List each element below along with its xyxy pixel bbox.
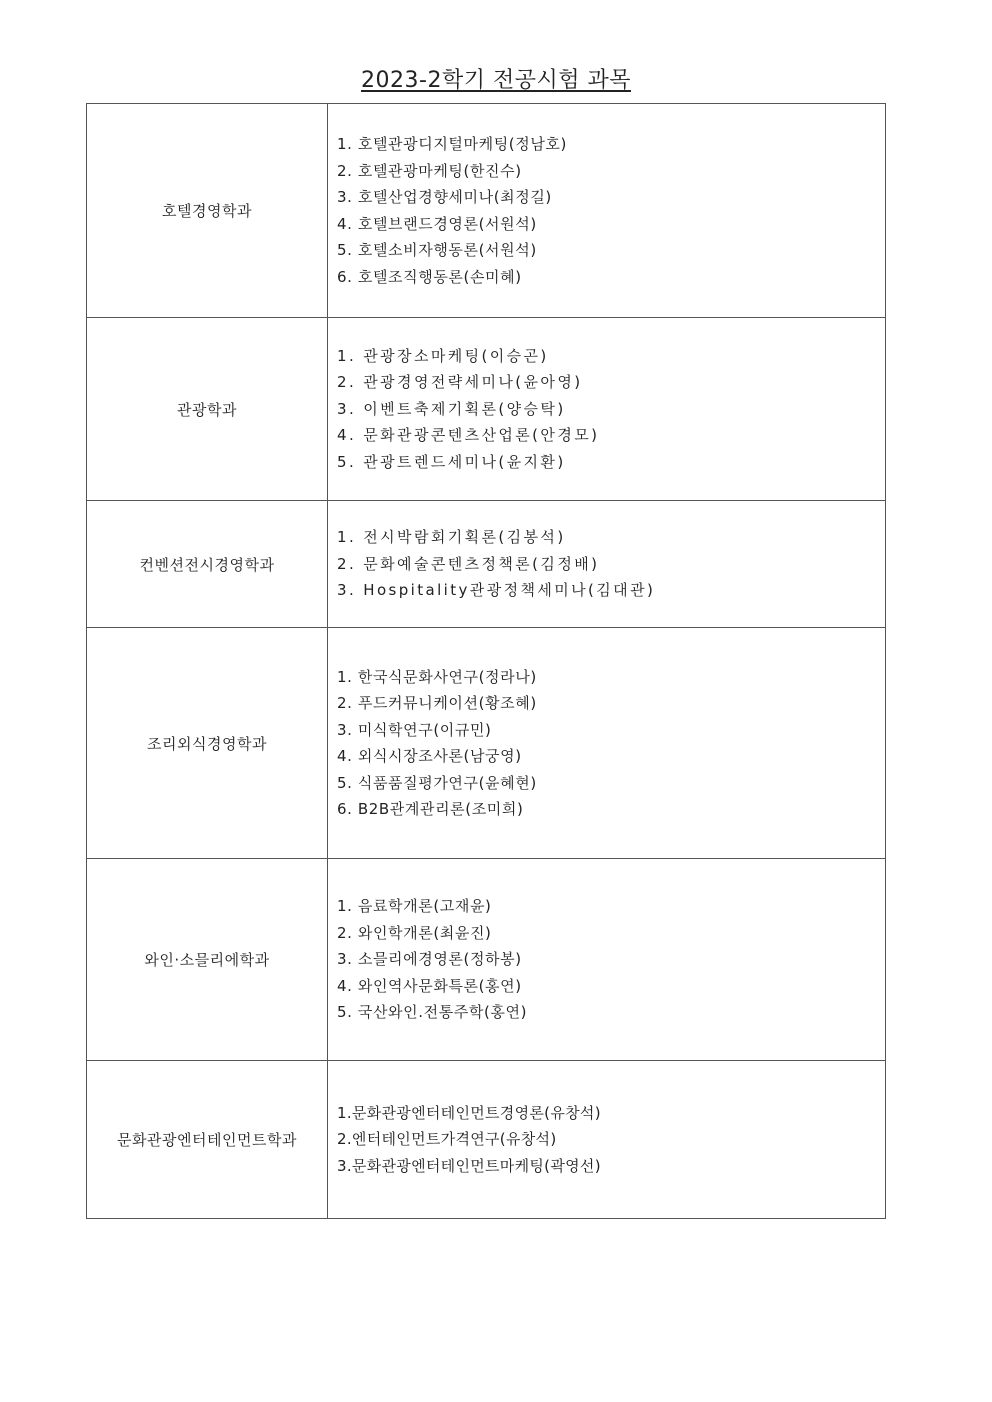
course-item: 4. 호텔브랜드경영론(서원석) [337,211,885,238]
course-item: 4. 문화관광콘텐츠산업론(안경모) [337,422,885,449]
department-cell: 와인·소믈리에학과 [87,859,328,1061]
course-item: 2. 관광경영전략세미나(윤아영) [337,369,885,396]
department-name: 관광학과 [177,401,237,419]
course-item: 6. B2B관계관리론(조미희) [337,796,885,823]
course-item: 4. 와인역사문화특론(홍연) [337,973,885,1000]
course-item: 3. 미식학연구(이규민) [337,717,885,744]
course-item: 3. 소믈리에경영론(정하봉) [337,946,885,973]
department-name: 호텔경영학과 [162,202,252,220]
course-item: 3.문화관광엔터테인먼트마케팅(곽영선) [337,1153,885,1180]
table-row-convention-exhibition: 컨벤션전시경영학과 1. 전시박람회기획론(김봉석) 2. 문화예술콘텐츠정책론… [87,501,886,628]
course-item: 1. 호텔관광디지털마케팅(정남호) [337,131,885,158]
table-row-culture-tourism-entertainment: 문화관광엔터테인먼트학과 1.문화관광엔터테인먼트경영론(유창석) 2.엔터테인… [87,1061,886,1219]
course-cell: 1. 전시박람회기획론(김봉석) 2. 문화예술콘텐츠정책론(김정배) 3. H… [328,501,886,628]
course-item: 2. 호텔관광마케팅(한진수) [337,158,885,185]
course-item: 3. 이벤트축제기획론(양승탁) [337,396,885,423]
department-cell: 호텔경영학과 [87,104,328,318]
course-item: 6. 호텔조직행동론(손미혜) [337,264,885,291]
course-item: 5. 관광트렌드세미나(윤지환) [337,449,885,476]
course-item: 4. 외식시장조사론(남궁영) [337,743,885,770]
course-list: 1. 음료학개론(고재윤) 2. 와인학개론(최윤진) 3. 소믈리에경영론(정… [337,893,885,1026]
course-item: 3. 호텔산업경향세미나(최정길) [337,184,885,211]
department-cell: 조리외식경영학과 [87,628,328,859]
department-name: 컨벤션전시경영학과 [140,556,275,574]
department-name: 조리외식경영학과 [147,735,267,753]
course-list: 1. 관광장소마케팅(이승곤) 2. 관광경영전략세미나(윤아영) 3. 이벤트… [337,343,885,476]
table-row-wine-sommelier: 와인·소믈리에학과 1. 음료학개론(고재윤) 2. 와인학개론(최윤진) 3.… [87,859,886,1061]
course-item: 5. 국산와인.전통주학(홍연) [337,999,885,1026]
table-row-culinary-foodservice: 조리외식경영학과 1. 한국식문화사연구(정라나) 2. 푸드커뮤니케이션(황조… [87,628,886,859]
course-list: 1. 전시박람회기획론(김봉석) 2. 문화예술콘텐츠정책론(김정배) 3. H… [337,524,885,604]
course-item: 2. 푸드커뮤니케이션(황조혜) [337,690,885,717]
course-cell: 1. 관광장소마케팅(이승곤) 2. 관광경영전략세미나(윤아영) 3. 이벤트… [328,318,886,501]
course-item: 2.엔터테인먼트가격연구(유창석) [337,1126,885,1153]
course-item: 1. 관광장소마케팅(이승곤) [337,343,885,370]
course-cell: 1. 호텔관광디지털마케팅(정남호) 2. 호텔관광마케팅(한진수) 3. 호텔… [328,104,886,318]
page-title: 2023-2학기 전공시험 과목 [0,66,992,96]
table-row-hotel-management: 호텔경영학과 1. 호텔관광디지털마케팅(정남호) 2. 호텔관광마케팅(한진수… [87,104,886,318]
page-title-text: 2023-2학기 전공시험 과목 [361,68,631,93]
table-row-tourism: 관광학과 1. 관광장소마케팅(이승곤) 2. 관광경영전략세미나(윤아영) 3… [87,318,886,501]
course-cell: 1. 한국식문화사연구(정라나) 2. 푸드커뮤니케이션(황조혜) 3. 미식학… [328,628,886,859]
department-cell: 컨벤션전시경영학과 [87,501,328,628]
course-list: 1.문화관광엔터테인먼트경영론(유창석) 2.엔터테인먼트가격연구(유창석) 3… [337,1100,885,1180]
course-item: 5. 호텔소비자행동론(서원석) [337,237,885,264]
course-cell: 1. 음료학개론(고재윤) 2. 와인학개론(최윤진) 3. 소믈리에경영론(정… [328,859,886,1061]
department-name: 문화관광엔터테인먼트학과 [117,1131,297,1149]
course-list: 1. 호텔관광디지털마케팅(정남호) 2. 호텔관광마케팅(한진수) 3. 호텔… [337,131,885,290]
course-item: 1. 한국식문화사연구(정라나) [337,664,885,691]
course-cell: 1.문화관광엔터테인먼트경영론(유창석) 2.엔터테인먼트가격연구(유창석) 3… [328,1061,886,1219]
course-list: 1. 한국식문화사연구(정라나) 2. 푸드커뮤니케이션(황조혜) 3. 미식학… [337,664,885,823]
course-item: 5. 식품품질평가연구(윤혜현) [337,770,885,797]
course-item: 1. 음료학개론(고재윤) [337,893,885,920]
course-item: 1.문화관광엔터테인먼트경영론(유창석) [337,1100,885,1127]
course-item: 1. 전시박람회기획론(김봉석) [337,524,885,551]
course-item: 2. 문화예술콘텐츠정책론(김정배) [337,551,885,578]
department-cell: 문화관광엔터테인먼트학과 [87,1061,328,1219]
department-name: 와인·소믈리에학과 [144,951,269,969]
department-cell: 관광학과 [87,318,328,501]
course-item: 2. 와인학개론(최윤진) [337,920,885,947]
exam-subjects-table: 호텔경영학과 1. 호텔관광디지털마케팅(정남호) 2. 호텔관광마케팅(한진수… [86,103,886,1219]
course-item: 3. Hospitality관광정책세미나(김대관) [337,577,885,604]
